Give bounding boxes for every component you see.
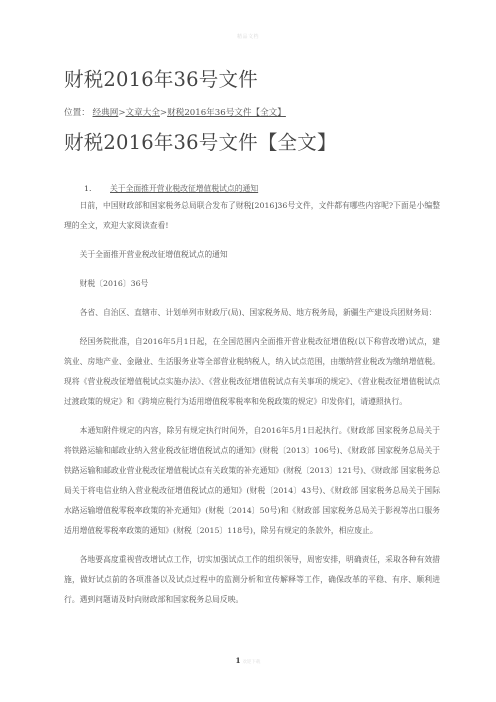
notice-link[interactable]: 关于全面推开营业税改征增值税试点的通知 xyxy=(110,182,258,195)
page-number: 1 xyxy=(236,656,241,665)
paragraph-intro: 日前，中国财政部和国家税务总局联合发布了财税[2016]36号文件，文件都有哪些… xyxy=(64,196,440,236)
paragraph-recipients: 各省、自治区、直辖市、计划单列市财政厅(局)、国家税务局、地方税务局，新疆生产建… xyxy=(64,303,440,323)
document-page: 财税2016年36号文件 位置： 经典网>文章大全>财税2016年36号文件【全… xyxy=(64,66,440,610)
breadcrumb-prefix: 位置： xyxy=(64,108,90,118)
paragraph-approval: 经国务院批准，自2016年5月1日起，在全国范围内全面推开营业税改征增值税(以下… xyxy=(64,332,440,412)
paragraph-effective: 本通知附件规定的内容，除另有规定执行时间外，自2016年5月1日起执行。《财政部… xyxy=(64,421,440,541)
paragraph-requirements: 各地要高度重视营改增试点工作，切实加强试点工作的组织领导，周密安排，明确责任，采… xyxy=(64,550,440,610)
page-footer: 1欢迎下载 xyxy=(0,656,496,665)
breadcrumb: 位置： 经典网>文章大全>财税2016年36号文件【全文】 xyxy=(64,106,440,120)
breadcrumb-link-current[interactable]: 财税2016年36号文件【全文】 xyxy=(167,108,286,118)
breadcrumb-link-home[interactable]: 经典网 xyxy=(93,108,119,118)
document-subtitle: 财税2016年36号文件【全文】 xyxy=(64,129,440,157)
list-item-number: 1. xyxy=(64,182,110,195)
breadcrumb-link-articles[interactable]: 文章大全 xyxy=(126,108,160,118)
paragraph-notice-title: 关于全面推开营业税改征增值税试点的通知 xyxy=(64,245,440,265)
list-item: 1. 关于全面推开营业税改征增值税试点的通知 xyxy=(64,182,440,195)
footer-note: 欢迎下载 xyxy=(242,660,260,665)
paragraph-doc-number: 财税〔2016〕36号 xyxy=(64,274,440,294)
header-watermark: 精品文档 xyxy=(0,33,496,40)
breadcrumb-separator: > xyxy=(118,108,125,118)
document-title: 财税2016年36号文件 xyxy=(64,66,440,94)
document-body: 日前，中国财政部和国家税务总局联合发布了财税[2016]36号文件，文件都有哪些… xyxy=(64,196,440,610)
